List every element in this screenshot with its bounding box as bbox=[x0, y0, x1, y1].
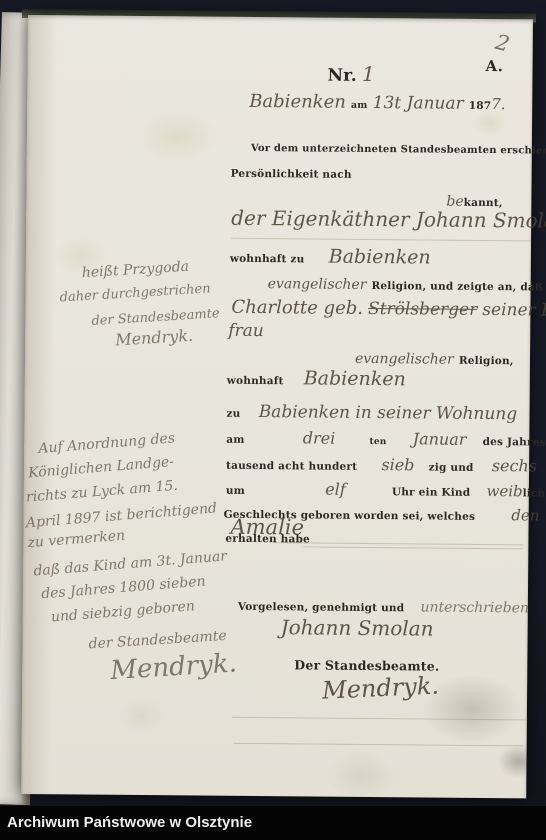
margin-note-line: des Jahres 1800 sieben bbox=[41, 573, 207, 602]
birthplace-handwritten: Babienken in seiner Wohnung bbox=[259, 402, 518, 424]
uhr-ein-kind-printed: Uhr ein Kind bbox=[392, 486, 471, 499]
ruled-line bbox=[231, 238, 531, 242]
erhalten-habe-printed: erhalten habe bbox=[225, 533, 310, 546]
birthplace-line: zu Babienken in seiner Wohnung bbox=[226, 402, 517, 425]
lichen-printed: lichen bbox=[523, 487, 546, 499]
place-date-line: Babienken am 13t Januar 1877. bbox=[249, 91, 506, 114]
form-line-erschien: Vor dem unterzeichneten Standesbeamten e… bbox=[251, 143, 546, 157]
mother-maiden-name-crossed-out: Strölsberger bbox=[368, 299, 477, 320]
mother-name-handwritten: Charlotte geb. bbox=[231, 297, 363, 319]
des-jahres-printed: des Jahres bbox=[483, 436, 546, 449]
nr-value: 1 bbox=[362, 62, 375, 86]
date-handwritten: 13t Januar bbox=[373, 93, 464, 114]
den-handwritten: den bbox=[511, 506, 539, 524]
margin-note-line: zu vermerken bbox=[27, 528, 126, 552]
year-handwritten: 7. bbox=[491, 95, 505, 113]
um-printed: um bbox=[226, 485, 245, 497]
zu-printed: zu bbox=[226, 408, 240, 420]
registry-page-scan: 2 A. Nr. 1 Babienken am 13t Januar 1877.… bbox=[21, 15, 533, 798]
am-label: am bbox=[226, 434, 244, 446]
wohnhaft-zu-printed: wohnhaft zu bbox=[230, 253, 305, 266]
ten-printed: ten bbox=[369, 437, 386, 447]
page-number: 2 bbox=[493, 30, 512, 57]
declarant-signature: Johann Smolan bbox=[281, 615, 434, 640]
seiner-ehe-handwritten: seiner Ehe- bbox=[482, 300, 546, 321]
record-number-line: Nr. 1 bbox=[327, 62, 375, 86]
frau-handwritten: frau bbox=[228, 321, 264, 341]
margin-note-signature: Mendryk. bbox=[110, 648, 238, 686]
unit-handwritten: sechs bbox=[492, 456, 537, 475]
standesbeamte-label: Der Standesbeamte. bbox=[294, 657, 439, 673]
declarant-name: der Eigenkäthner Johann Smolan bbox=[231, 206, 546, 233]
zig-und-printed: zig und bbox=[429, 462, 474, 474]
religion1-handwritten: evangelischer bbox=[268, 276, 367, 293]
religion1-printed: Religion, und zeigte an, daß von der bbox=[371, 280, 546, 294]
margin-note-signature: Mendryk. bbox=[115, 326, 194, 350]
margin-note-line: richts zu Lyck am 15. bbox=[25, 478, 178, 506]
residence2-line: wohnhaft Babienken bbox=[227, 367, 406, 391]
wohnhaft-printed: wohnhaft bbox=[227, 375, 284, 387]
birthdate-line: am drei ten Januar des Jahres bbox=[226, 428, 546, 450]
month-handwritten: Januar bbox=[413, 429, 467, 448]
vorgelesen-line: Vorgelesen, genehmigt und unterschrieben bbox=[238, 595, 529, 617]
nr-label: Nr. bbox=[327, 66, 357, 86]
tausend-printed: tausend acht hundert bbox=[226, 460, 357, 473]
religion2-line: evangelischer Religion, bbox=[355, 348, 514, 368]
residence1-handwritten: Babienken bbox=[329, 246, 431, 269]
form-letter-a: A. bbox=[485, 57, 503, 75]
day-handwritten: drei bbox=[303, 428, 336, 447]
religion2-handwritten: evangelischer bbox=[355, 351, 454, 368]
religion2-printed: Religion, bbox=[459, 355, 514, 367]
ruled-line bbox=[273, 542, 523, 545]
residence1-line: wohnhaft zu Babienken bbox=[230, 245, 431, 269]
form-line-persoenlichkeit: Persönlichkeit nach bbox=[231, 168, 352, 181]
year-printed: 187 bbox=[469, 100, 492, 112]
ruled-line bbox=[303, 546, 523, 549]
hour-handwritten: elf bbox=[325, 480, 346, 499]
am-printed: am bbox=[351, 100, 368, 111]
margin-note-line: heißt Przygoda bbox=[81, 259, 189, 282]
mother-line: Charlotte geb. Strölsberger seiner Ehe- bbox=[231, 297, 546, 321]
religion1-line: evangelischer Religion, und zeigte an, d… bbox=[268, 273, 546, 295]
gender-handwritten: weib bbox=[486, 482, 522, 500]
margin-note-line: daher durchgestrichen bbox=[59, 281, 211, 305]
margin-note-line: der Standesbeamte bbox=[91, 306, 220, 329]
residence2-handwritten: Babienken bbox=[304, 367, 406, 390]
vorgelesen-printed: Vorgelesen, genehmigt und bbox=[238, 601, 405, 614]
birthyear-line: tausend acht hundert sieb zig und sechs … bbox=[226, 454, 546, 477]
archive-caption-bar: Archiwum Państwowe w Olsztynie bbox=[0, 806, 546, 840]
birthtime-line: um elf Uhr ein Kind weiblichen bbox=[226, 479, 546, 501]
place-handwritten: Babienken bbox=[249, 91, 346, 113]
unterschrieben-handwritten: unterschrieben bbox=[420, 599, 529, 616]
margin-note-line: April 1897 ist berichtigend bbox=[25, 500, 217, 531]
registrar-signature: Mendryk. bbox=[322, 672, 440, 705]
decade-handwritten: sieb bbox=[381, 455, 414, 474]
margin-note-line: Auf Anordnung des bbox=[38, 430, 176, 457]
margin-note-line: Königlichen Landge- bbox=[28, 454, 175, 481]
ruled-line bbox=[232, 717, 527, 721]
margin-note-line: der Standesbeamte bbox=[88, 628, 227, 652]
margin-note-line: und siebzig geboren bbox=[50, 598, 195, 625]
archive-name: Archiwum Państwowe w Olsztynie bbox=[0, 806, 252, 840]
ruled-line bbox=[234, 743, 524, 747]
